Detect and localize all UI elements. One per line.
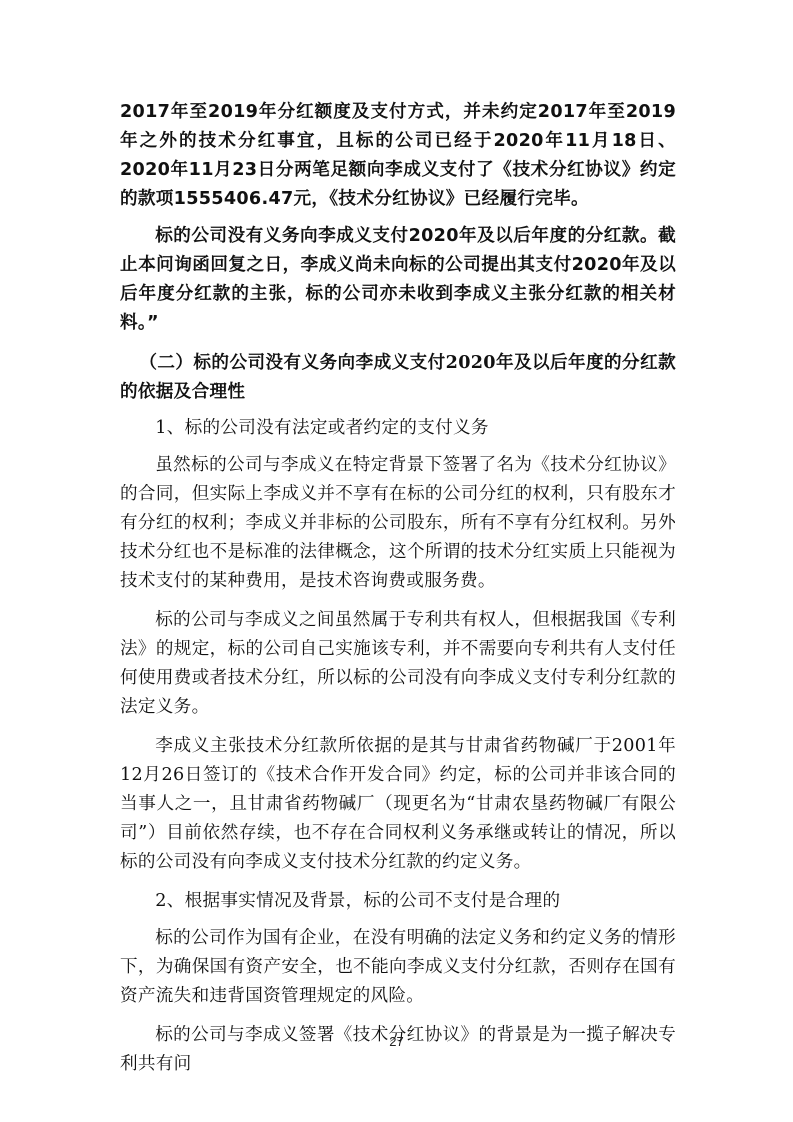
body-paragraph-state-asset-risk: 标的公司作为国有企业，在没有明确的法定义务和约定义务的情形下，为确保国有资产安全…: [120, 924, 676, 1011]
document-page: 2017年至2019年分红额度及支付方式，并未约定2017年至2019年之外的技…: [0, 0, 793, 1122]
quoted-paragraph-payment-completed: 2017年至2019年分红额度及支付方式，并未约定2017年至2019年之外的技…: [120, 98, 676, 214]
body-paragraph-no-dividend-right: 虽然标的公司与李成义在特定背景下签署了名为《技术分红协议》的合同，但实际上李成义…: [120, 451, 676, 596]
subheading-1: 1、标的公司没有法定或者约定的支付义务: [120, 414, 676, 443]
body-paragraph-contract-basis: 李成义主张技术分红款所依据的是其与甘肃省药物碱厂于2001年12月26日签订的《…: [120, 732, 676, 877]
body-paragraph-patent-law: 标的公司与李成义之间虽然属于专利共有权人，但根据我国《专利法》的规定，标的公司自…: [120, 606, 676, 722]
page-content: 2017年至2019年分红额度及支付方式，并未约定2017年至2019年之外的技…: [120, 98, 676, 1079]
subheading-2: 2、根据事实情况及背景，标的公司不支付是合理的: [120, 887, 676, 916]
page-number: 27: [0, 1034, 793, 1049]
quoted-paragraph-no-obligation: 标的公司没有义务向李成义支付2020年及以后年度的分红款。截止本问询函回复之日，…: [120, 222, 676, 338]
section-heading-2: （二）标的公司没有义务向李成义支付2020年及以后年度的分红款的依据及合理性: [120, 348, 676, 406]
body-paragraph-agreement-background: 标的公司与李成义签署《技术分红协议》的背景是为一揽子解决专利共有问: [120, 1021, 676, 1079]
